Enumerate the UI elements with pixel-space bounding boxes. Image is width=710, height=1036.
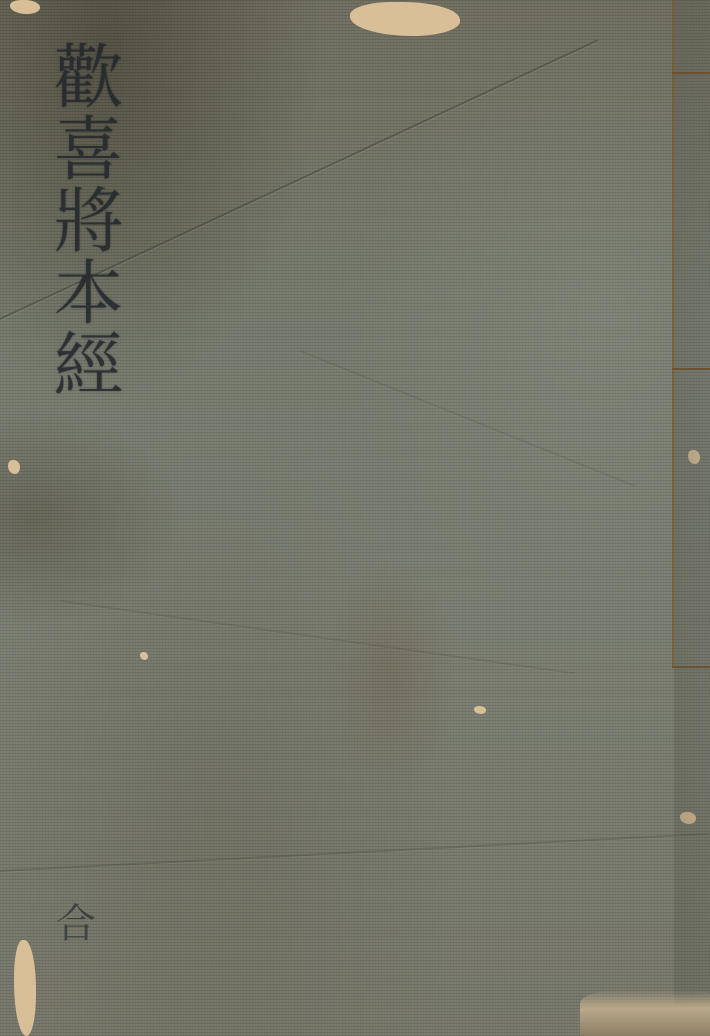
speck-1 bbox=[8, 460, 20, 474]
worn-patch-left-bottom bbox=[14, 940, 36, 1036]
frayed-corner bbox=[580, 990, 710, 1036]
title-calligraphy: 歡喜將本經 bbox=[32, 40, 127, 400]
worn-patch-top bbox=[350, 2, 460, 36]
binding-line bbox=[672, 0, 674, 668]
binding-stitch-1 bbox=[672, 72, 710, 74]
binding-strip bbox=[674, 0, 710, 1036]
binding-stitch-2 bbox=[672, 368, 710, 370]
binding-stitch-3 bbox=[672, 666, 710, 668]
book-cover: 歡喜將本經 合 bbox=[0, 0, 710, 1036]
speck-2 bbox=[140, 652, 148, 660]
crease-mid bbox=[60, 600, 575, 674]
worn-patch-top-left bbox=[10, 0, 40, 14]
speck-3 bbox=[474, 706, 486, 714]
crease-mid-2 bbox=[300, 350, 635, 487]
bottom-ink-mark: 合 bbox=[56, 892, 96, 949]
crease-horizontal-lower bbox=[0, 833, 709, 872]
